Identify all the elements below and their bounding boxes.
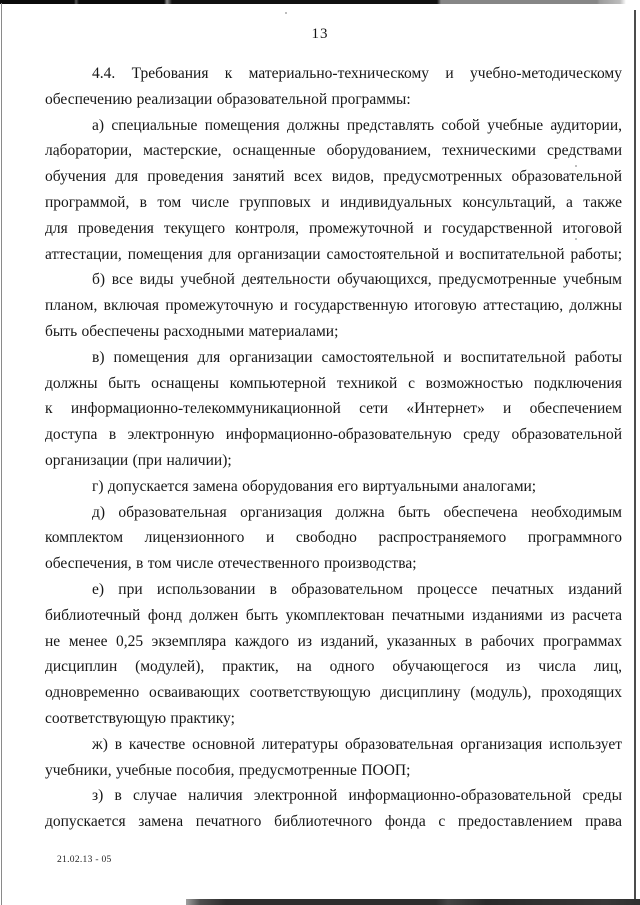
text-line: обеспечению реализации образовательной п… (45, 87, 622, 113)
text-line: для проведения текущего контроля, промеж… (45, 216, 622, 242)
text-line: доступа в электронную информационно-обра… (45, 422, 622, 448)
text-line: к информационно-телекоммуникационной сет… (45, 396, 622, 422)
text-line: учебники, учебные пособия, предусмотренн… (45, 758, 622, 784)
text-line: программой, в том числе групповых и инди… (45, 190, 622, 216)
scan-speck (285, 12, 287, 14)
text-line: планом, включая промежуточную и государс… (45, 293, 622, 319)
scanned-document-page: 13 4.4. Требования к материально-техниче… (0, 0, 640, 905)
scan-edge-left (1, 3, 2, 905)
text-line: дисциплин (модулей), практик, на одного … (45, 654, 622, 680)
text-line: лаборатории, мастерские, оснащенные обор… (45, 138, 622, 164)
text-line: б) все виды учебной деятельности обучающ… (45, 267, 622, 293)
text-line: обеспечения, в том числе отечественного … (45, 551, 622, 577)
footer-code: 21.02.13 - 05 (57, 855, 112, 865)
document-body: 4.4. Требования к материально-техническо… (45, 61, 622, 835)
text-line: библиотечный фонд должен быть укомплекто… (45, 603, 622, 629)
page-number: 13 (0, 26, 640, 43)
text-line: одновременно осваивающих соответствующую… (45, 680, 622, 706)
text-line: е) при использовании в образовательном п… (45, 577, 622, 603)
text-line: не менее 0,25 экземпляра каждого из изда… (45, 629, 622, 655)
text-line: соответствующую практику; (45, 706, 622, 732)
text-line: а) специальные помещения должны представ… (45, 113, 622, 139)
text-line: комплектом лицензионного и свободно расп… (45, 525, 622, 551)
text-line: г) допускается замена оборудования его в… (45, 474, 622, 500)
text-line: аттестации, помещения для организации са… (45, 242, 622, 268)
scan-edge-bottom (186, 899, 640, 905)
text-line: 4.4. Требования к материально-техническо… (45, 61, 622, 87)
scan-edge-right (634, 10, 636, 905)
text-line: обучения для проведения занятий всех вид… (45, 164, 622, 190)
text-line: ж) в качестве основной литературы образо… (45, 732, 622, 758)
scan-edge-top (0, 0, 626, 4)
text-line: быть обеспечены расходными материалами; (45, 319, 622, 345)
text-line: в) помещения для организации самостоятел… (45, 345, 622, 371)
text-line: допускается замена печатного библиотечно… (45, 809, 622, 835)
text-line: д) образовательная организация должна бы… (45, 500, 622, 526)
text-line: з) в случае наличия электронной информац… (45, 783, 622, 809)
text-line: должны быть оснащены компьютерной техник… (45, 371, 622, 397)
text-line: организации (при наличии); (45, 448, 622, 474)
